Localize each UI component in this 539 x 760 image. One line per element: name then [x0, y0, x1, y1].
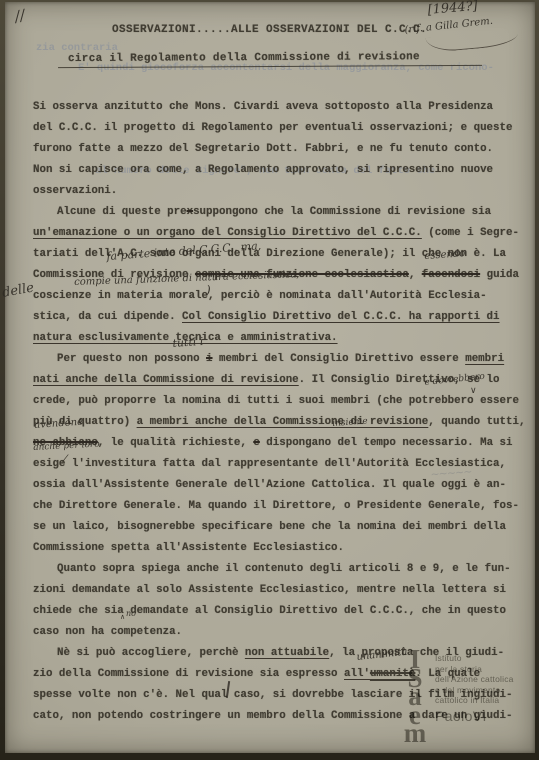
watermark-monogram: ISaem [398, 650, 432, 743]
watermark-text-line: e del movimento [435, 685, 514, 696]
archive-watermark: ISaem Istitutoper la storiadell'Azione c… [398, 650, 538, 750]
watermark-brand: PaoloVI [435, 708, 487, 724]
watermark-text-line: Istituto [435, 653, 514, 664]
watermark-text-line: cattolico in Italia [435, 695, 514, 706]
watermark-text-line: per la storia [435, 664, 514, 675]
document-page [5, 2, 535, 753]
scanned-document-photo: zia contrariaE' quindi giocoforza accont… [0, 0, 539, 760]
watermark-text: Istitutoper la storiadell'Azione cattoli… [435, 653, 514, 706]
watermark-monogram-letter: m [398, 724, 432, 743]
watermark-text-line: dell'Azione cattolica [435, 674, 514, 685]
